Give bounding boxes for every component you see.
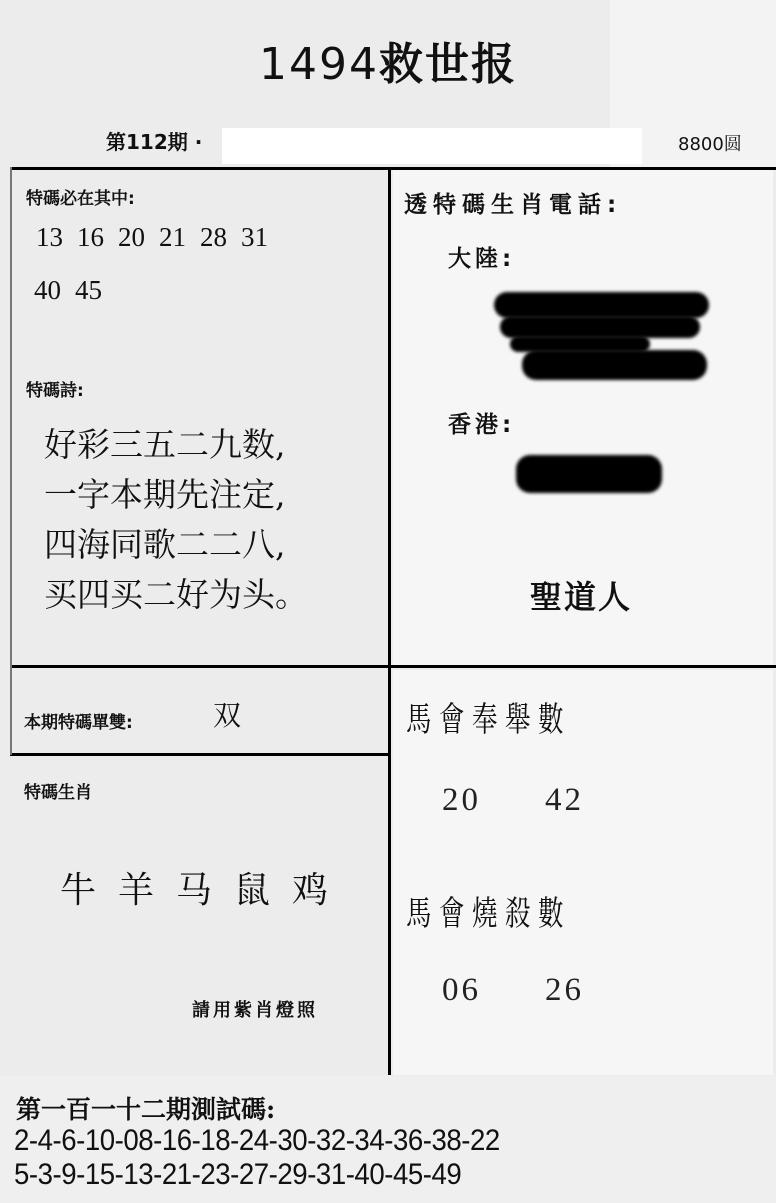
poem-label: 特碼詩: <box>26 376 84 401</box>
test-codes-title: 第一百一十二期測試碼: <box>16 1090 275 1126</box>
phone-label: 透特碼生肖電話: <box>404 186 622 219</box>
title-number: 1494 <box>259 39 379 90</box>
issue-label: 第112期 · <box>106 126 202 155</box>
redacted-phone <box>500 316 700 338</box>
mainland-label: 大陸: <box>448 240 515 273</box>
odd-even-label: 本期特碼單雙: <box>24 708 133 733</box>
poem-text: 好彩三五二九数, 一字本期先注定, 四海同歌二二八, 买四买二好为头。 <box>44 420 308 620</box>
offer-number: 42 <box>545 782 584 818</box>
offer-numbers: 2042 <box>442 782 584 819</box>
divider-vertical <box>388 167 391 1075</box>
hongkong-label: 香港: <box>448 406 515 439</box>
divider-left-lower <box>10 753 390 756</box>
code-number: 45 <box>75 275 102 305</box>
redacted-phone <box>522 350 707 380</box>
redacted-date-area <box>222 128 642 164</box>
code-number: 16 <box>77 222 104 252</box>
poem-line: 一字本期先注定, <box>44 470 308 520</box>
left-border <box>10 167 12 755</box>
title-text: 救世报 <box>379 39 517 90</box>
price-label: 8800圆 <box>678 130 742 156</box>
code-number: 31 <box>241 222 268 252</box>
special-codes-row2: 4045 <box>34 275 116 306</box>
zodiac-animals: 牛羊马鼠鸡 <box>60 862 350 913</box>
zodiac-label: 特碼生肖 <box>24 778 92 803</box>
poem-line: 好彩三五二九数, <box>44 420 308 470</box>
redacted-phone <box>516 455 662 493</box>
code-number: 40 <box>34 275 61 305</box>
signature: 聖道人 <box>530 572 632 618</box>
issue-separator: · <box>195 130 203 154</box>
poem-line: 四海同歌二二八, <box>44 520 308 570</box>
zodiac-note: 請用紫肖燈照 <box>192 996 318 1022</box>
odd-even-value: 双 <box>213 694 241 734</box>
redacted-phone <box>494 292 709 318</box>
code-number: 21 <box>159 222 186 252</box>
test-codes-row2: 5-3-9-15-13-21-23-27-29-31-40-45-49 <box>14 1158 461 1192</box>
special-codes-label: 特碼必在其中: <box>26 184 135 209</box>
code-number: 20 <box>118 222 145 252</box>
kill-number: 06 <box>442 972 481 1008</box>
page-title: 1494救世报 <box>0 28 776 92</box>
test-codes-row1: 2-4-6-10-08-16-18-24-30-32-34-36-38-22 <box>14 1124 500 1158</box>
offer-number: 20 <box>442 782 481 818</box>
divider-middle <box>12 665 776 668</box>
kill-numbers: 0626 <box>442 972 584 1009</box>
poem-line: 买四买二好为头。 <box>44 570 308 620</box>
offer-label: 馬會奉舉數 <box>406 692 571 741</box>
kill-label: 馬會燒殺數 <box>406 886 571 935</box>
kill-number: 26 <box>545 972 584 1008</box>
code-number: 28 <box>200 222 227 252</box>
issue-number: 第112期 <box>106 130 188 154</box>
code-number: 13 <box>36 222 63 252</box>
special-codes-row1: 131620212831 <box>36 222 282 253</box>
